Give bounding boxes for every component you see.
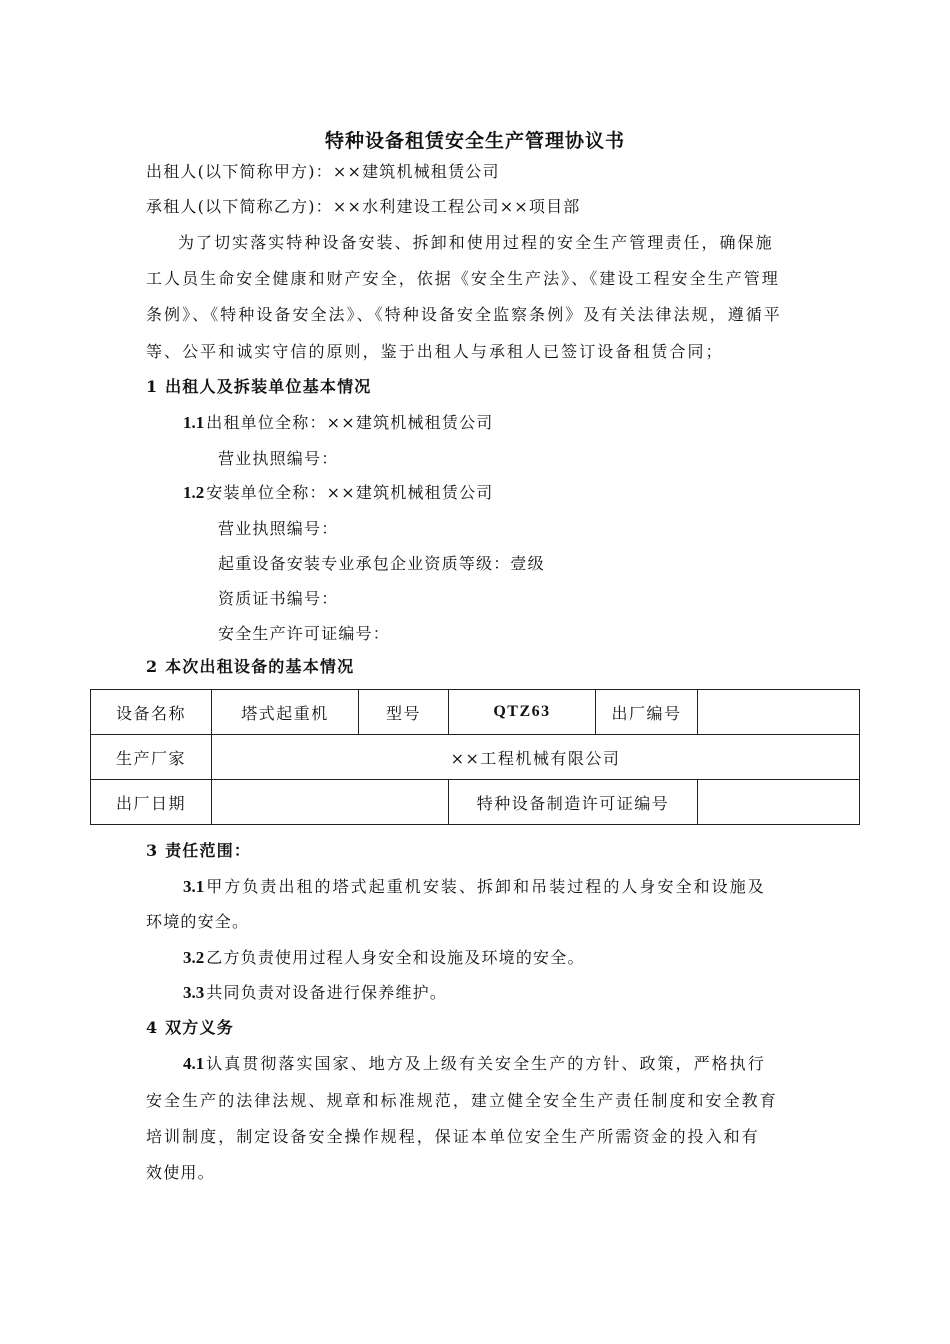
item-number: 1.2 xyxy=(183,483,204,502)
item-number: 3.3 xyxy=(183,983,204,1002)
cell-label-manufacture-license: 特种设备制造许可证编号 xyxy=(449,780,698,825)
item-3-1-line-1: 3.1甲方负责出租的塔式起重机安装、拆卸和吊装过程的人身安全和设施及 xyxy=(183,877,766,897)
section-2-heading: 2 本次出租设备的基本情况 xyxy=(146,657,354,677)
item-text: 认真贯彻落实国家、地方及上级有关安全生产的方针、政策，严格执行 xyxy=(206,1054,766,1073)
cell-equipment-name: 塔式起重机 xyxy=(212,690,359,735)
table-row: 生产厂家 ××工程机械有限公司 xyxy=(91,735,860,780)
item-4-1-line-3: 培训制度，制定设备安全操作规程，保证本单位安全生产所需资金的投入和有 xyxy=(146,1127,760,1147)
preamble-line-3: 条例》、《特种设备安全法》、《特种设备安全监察条例》及有关法律法规，遵循平 xyxy=(146,305,782,325)
item-text: 甲方负责出租的塔式起重机安装、拆卸和吊装过程的人身安全和设施及 xyxy=(206,877,766,896)
qualification-level: 起重设备安装专业承包企业资质等级：壹级 xyxy=(218,554,545,574)
cell-manufacturer: ××工程机械有限公司 xyxy=(212,735,860,780)
item-text: 乙方负责使用过程人身安全和设施及环境的安全。 xyxy=(206,948,584,967)
item-1-1-license: 营业执照编号： xyxy=(218,449,338,469)
section-3-heading: 3 责任范围： xyxy=(146,841,251,861)
table-row: 出厂日期 特种设备制造许可证编号 xyxy=(91,780,860,825)
item-number: 1.1 xyxy=(183,413,204,432)
cell-model: QTZ63 xyxy=(449,690,596,735)
cell-label-model: 型号 xyxy=(359,690,449,735)
equipment-table: 设备名称 塔式起重机 型号 QTZ63 出厂编号 生产厂家 ××工程机械有限公司… xyxy=(90,689,860,825)
section-4-heading: 4 双方义务 xyxy=(146,1018,234,1038)
preamble-line-4: 等、公平和诚实守信的原则，鉴于出租人与承租人已签订设备租赁合同； xyxy=(146,342,724,362)
cell-label-equipment-name: 设备名称 xyxy=(91,690,212,735)
item-4-1-line-2: 安全生产的法律法规、规章和标准规范，建立健全安全生产责任制度和安全教育 xyxy=(146,1091,778,1111)
item-number: 3.1 xyxy=(183,877,204,896)
section-1-heading: 1 出租人及拆装单位基本情况 xyxy=(146,377,372,397)
item-1-2-license: 营业执照编号： xyxy=(218,519,338,539)
item-number: 4.1 xyxy=(183,1054,204,1073)
lessor-line: 出租人(以下简称甲方)：××建筑机械租赁公司 xyxy=(146,162,500,182)
preamble-line-2: 工人员生命安全健康和财产安全，依据《安全生产法》、《建设工程安全生产管理 xyxy=(146,269,780,289)
item-3-2: 3.2乙方负责使用过程人身安全和设施及环境的安全。 xyxy=(183,948,585,968)
lessee-line: 承租人(以下简称乙方)：××水利建设工程公司××项目部 xyxy=(146,197,581,217)
cell-label-manufacturer: 生产厂家 xyxy=(91,735,212,780)
item-3-3: 3.3共同负责对设备进行保养维护。 xyxy=(183,983,447,1003)
item-3-1-line-2: 环境的安全。 xyxy=(146,912,249,932)
item-1-2: 1.2安装单位全称：××建筑机械租赁公司 xyxy=(183,483,493,503)
item-4-1-line-1: 4.1认真贯彻落实国家、地方及上级有关安全生产的方针、政策，严格执行 xyxy=(183,1054,766,1074)
item-text: 共同负责对设备进行保养维护。 xyxy=(206,983,447,1002)
document-page: 特种设备租赁安全生产管理协议书 出租人(以下简称甲方)：××建筑机械租赁公司 承… xyxy=(0,0,950,1344)
item-number: 3.2 xyxy=(183,948,204,967)
item-4-1-line-4: 效使用。 xyxy=(146,1163,215,1183)
item-text: 安装单位全称：××建筑机械租赁公司 xyxy=(206,483,493,502)
cell-manufacture-date xyxy=(212,780,449,825)
safety-permit-number: 安全生产许可证编号： xyxy=(218,624,390,644)
document-title: 特种设备租赁安全生产管理协议书 xyxy=(0,126,950,153)
cell-label-serial-number: 出厂编号 xyxy=(596,690,698,735)
certificate-number: 资质证书编号： xyxy=(218,589,338,609)
item-1-1: 1.1出租单位全称：××建筑机械租赁公司 xyxy=(183,413,493,433)
cell-serial-number xyxy=(698,690,860,735)
item-text: 出租单位全称：××建筑机械租赁公司 xyxy=(206,413,493,432)
cell-manufacture-license xyxy=(698,780,860,825)
preamble-line-1: 为了切实落实特种设备安装、拆卸和使用过程的安全生产管理责任，确保施 xyxy=(178,233,774,253)
cell-label-manufacture-date: 出厂日期 xyxy=(91,780,212,825)
table-row: 设备名称 塔式起重机 型号 QTZ63 出厂编号 xyxy=(91,690,860,735)
